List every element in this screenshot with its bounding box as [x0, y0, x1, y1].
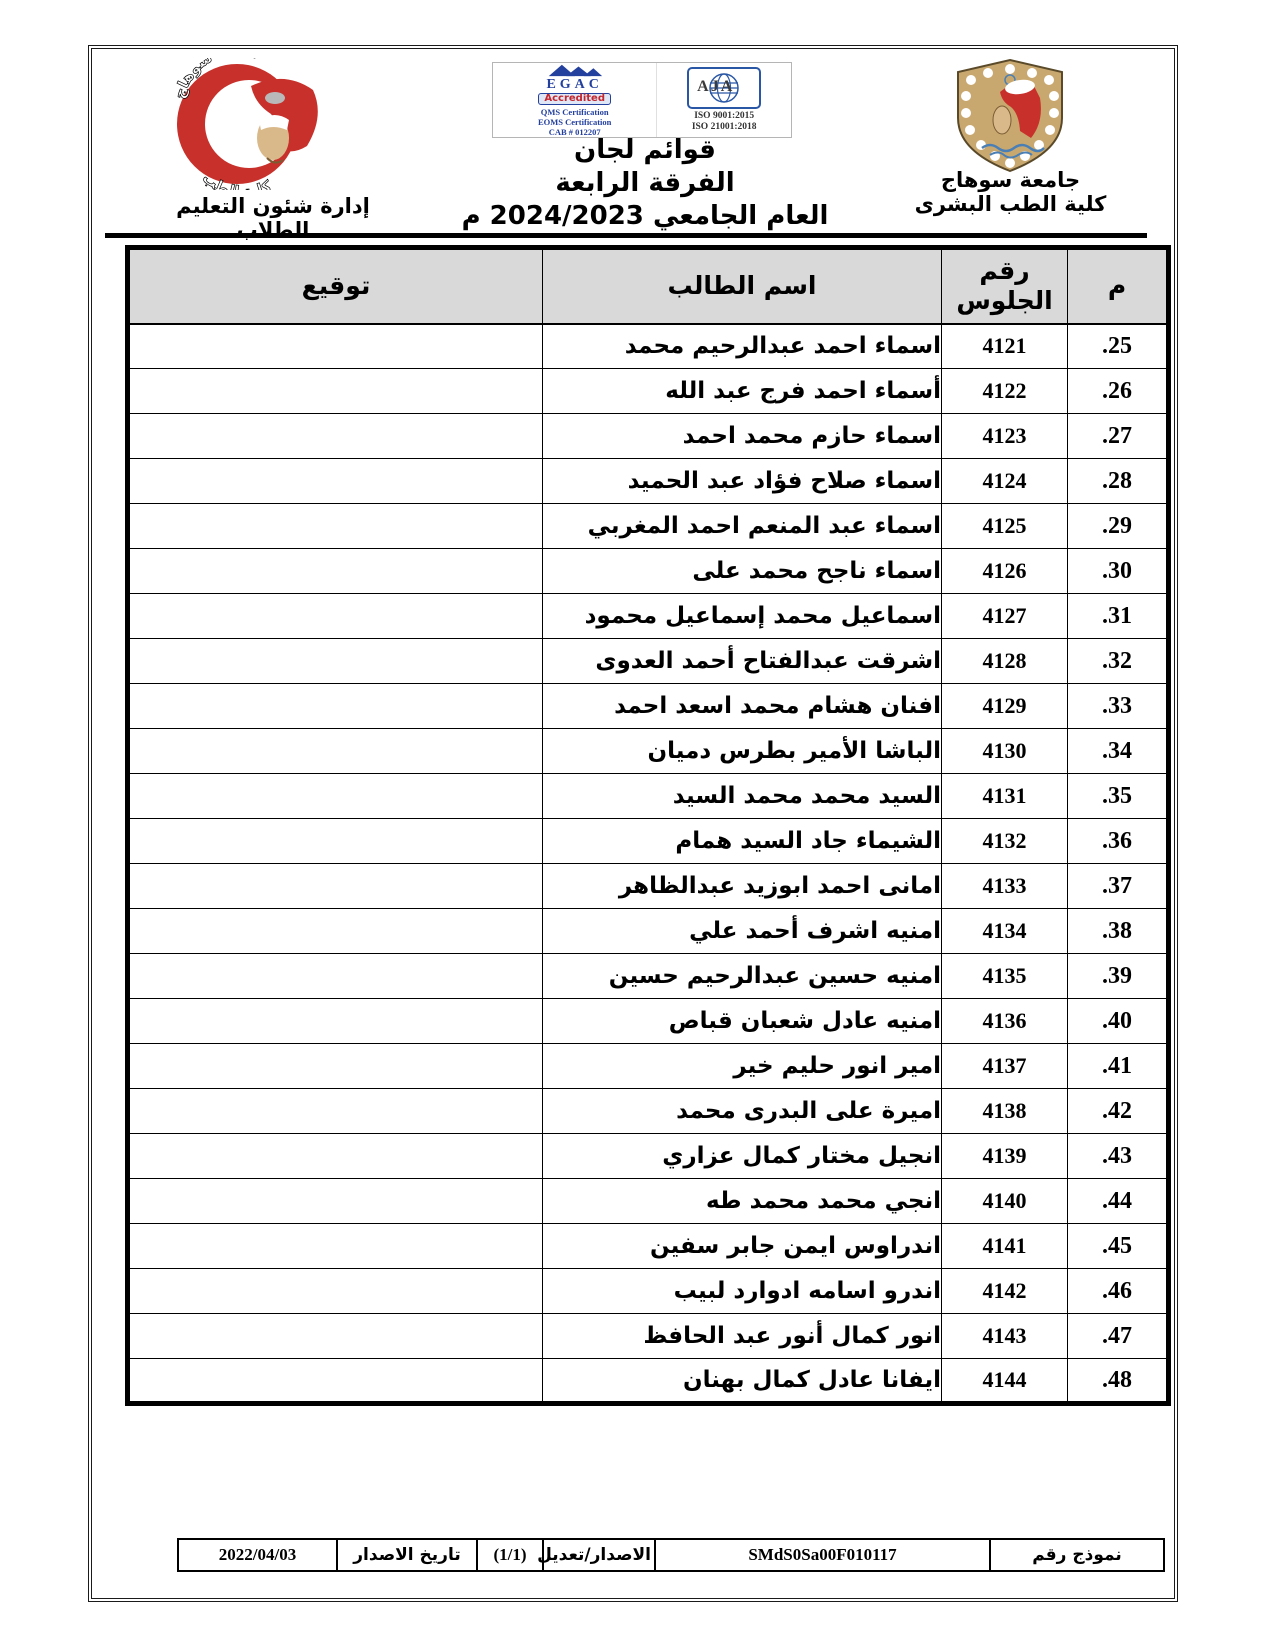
footer-form-table: نموذج رقم SMdS0Sa00F010117 الاصدار/تعديل…: [177, 1538, 1165, 1572]
signature-cell: [128, 774, 543, 819]
egac-accredited-label: Accredited: [538, 93, 611, 105]
row-index: 39.: [1068, 954, 1169, 999]
table-header-row: م رقم الجلوس اسم الطالب توقيع: [128, 248, 1169, 324]
issue-revision-value: (1/1): [477, 1539, 543, 1571]
student-name: اشرقت عبدالفتاح أحمد العدوى: [543, 639, 942, 684]
grade-title: الفرقة الرابعة: [455, 167, 835, 200]
signature-cell: [128, 1359, 543, 1404]
signature-cell: [128, 954, 543, 999]
signature-cell: [128, 549, 543, 594]
student-name: امير انور حليم خير: [543, 1044, 942, 1089]
table-row: 44. 4140 انجي محمد محمد طه: [128, 1179, 1169, 1224]
signature-cell: [128, 324, 543, 369]
seat-number: 4140: [942, 1179, 1068, 1224]
signature-cell: [128, 909, 543, 954]
issue-revision-label: الاصدار/تعديل: [543, 1539, 655, 1571]
row-index: 34.: [1068, 729, 1169, 774]
signature-cell: [128, 1224, 543, 1269]
seat-number: 4130: [942, 729, 1068, 774]
table-row: 37. 4133 امانى احمد ابوزيد عبدالظاهر: [128, 864, 1169, 909]
row-index: 41.: [1068, 1044, 1169, 1089]
signature-cell: [128, 639, 543, 684]
page-title: قوائم لجان: [455, 134, 835, 167]
seat-number: 4133: [942, 864, 1068, 909]
table-row: 26. 4122 أسماء احمد فرج عبد الله: [128, 369, 1169, 414]
row-index: 48.: [1068, 1359, 1169, 1404]
signature-cell: [128, 369, 543, 414]
seat-number: 4122: [942, 369, 1068, 414]
signature-cell: [128, 1044, 543, 1089]
signature-cell: [128, 1314, 543, 1359]
student-name: امانى احمد ابوزيد عبدالظاهر: [543, 864, 942, 909]
column-header-seat-number: رقم الجلوس: [942, 248, 1068, 324]
seat-number: 4129: [942, 684, 1068, 729]
signature-cell: [128, 414, 543, 459]
student-name: أسماء احمد فرج عبد الله: [543, 369, 942, 414]
row-index: 44.: [1068, 1179, 1169, 1224]
table-row: 33. 4129 افنان هشام محمد اسعد احمد: [128, 684, 1169, 729]
table-row: 46. 4142 اندرو اسامه ادوارد لبيب: [128, 1269, 1169, 1314]
seat-number: 4137: [942, 1044, 1068, 1089]
signature-cell: [128, 1089, 543, 1134]
row-index: 40.: [1068, 999, 1169, 1044]
table-row: 45. 4141 اندراوس ايمن جابر سفين: [128, 1224, 1169, 1269]
aja-logo: AJA ISO 9001:2015 ISO 21001:2018: [656, 63, 791, 137]
student-name: افنان هشام محمد اسعد احمد: [543, 684, 942, 729]
seat-number: 4138: [942, 1089, 1068, 1134]
row-index: 38.: [1068, 909, 1169, 954]
seat-number: 4123: [942, 414, 1068, 459]
row-index: 47.: [1068, 1314, 1169, 1359]
egac-name: EGAC: [546, 78, 602, 92]
header-divider-rule: [105, 233, 1147, 238]
row-index: 37.: [1068, 864, 1169, 909]
signature-cell: [128, 1134, 543, 1179]
student-name: اسماء ناجح محمد على: [543, 549, 942, 594]
column-header-student-name: اسم الطالب: [543, 248, 942, 324]
row-index: 30.: [1068, 549, 1169, 594]
table-row: 25. 4121 اسماء احمد عبدالرحيم محمد: [128, 324, 1169, 369]
students-table: م رقم الجلوس اسم الطالب توقيع 25. 4121 ا…: [125, 245, 1171, 1406]
aja-iso-line1: ISO 9001:2015: [694, 111, 754, 122]
student-name: امنيه عادل شعبان قباص: [543, 999, 942, 1044]
table-row: 48. 4144 ايفانا عادل كمال بهنان: [128, 1359, 1169, 1404]
document-title-block: قوائم لجان الفرقة الرابعة العام الجامعي …: [455, 134, 835, 233]
student-name: اسماء حازم محمد احمد: [543, 414, 942, 459]
student-name: الباشا الأمير بطرس دميان: [543, 729, 942, 774]
signature-cell: [128, 1179, 543, 1224]
form-number-code: SMdS0Sa00F010117: [655, 1539, 990, 1571]
footer-row: نموذج رقم SMdS0Sa00F010117 الاصدار/تعديل…: [178, 1539, 1164, 1571]
signature-cell: [128, 729, 543, 774]
row-index: 25.: [1068, 324, 1169, 369]
signature-cell: [128, 504, 543, 549]
student-name: اندرو اسامه ادوارد لبيب: [543, 1269, 942, 1314]
row-index: 33.: [1068, 684, 1169, 729]
table-row: 38. 4134 امنيه اشرف أحمد علي: [128, 909, 1169, 954]
university-emblem-icon: [938, 56, 1082, 176]
university-name: جامعة سوهاج: [898, 168, 1123, 192]
table-row: 28. 4124 اسماء صلاح فؤاد عبد الحميد: [128, 459, 1169, 504]
table-row: 39. 4135 امنيه حسين عبدالرحيم حسين: [128, 954, 1169, 999]
student-name: اندراوس ايمن جابر سفين: [543, 1224, 942, 1269]
student-name: الشيماء جاد السيد همام: [543, 819, 942, 864]
egac-mountains-icon: [543, 63, 607, 77]
row-index: 27.: [1068, 414, 1169, 459]
table-row: 35. 4131 السيد محمد محمد السيد: [128, 774, 1169, 819]
student-name: اسماء احمد عبدالرحيم محمد: [543, 324, 942, 369]
seat-number: 4136: [942, 999, 1068, 1044]
seat-number: 4142: [942, 1269, 1068, 1314]
student-name: اسماء صلاح فؤاد عبد الحميد: [543, 459, 942, 504]
row-index: 43.: [1068, 1134, 1169, 1179]
table-row: 41. 4137 امير انور حليم خير: [128, 1044, 1169, 1089]
seat-number: 4131: [942, 774, 1068, 819]
signature-cell: [128, 459, 543, 504]
seat-number: 4144: [942, 1359, 1068, 1404]
university-org-block: جامعة سوهاج كلية الطب البشرى: [898, 168, 1123, 216]
accreditation-box: EGAC Accredited QMS Certification EOMS C…: [492, 62, 792, 138]
student-name: انجي محمد محمد طه: [543, 1179, 942, 1224]
row-index: 31.: [1068, 594, 1169, 639]
row-index: 28.: [1068, 459, 1169, 504]
row-index: 42.: [1068, 1089, 1169, 1134]
row-index: 46.: [1068, 1269, 1169, 1314]
student-name: اسماعيل محمد إسماعيل محمود: [543, 594, 942, 639]
seat-number: 4124: [942, 459, 1068, 504]
aja-iso-line2: ISO 21001:2018: [692, 122, 757, 133]
egac-cert-line2: EOMS Certification: [538, 117, 611, 127]
row-index: 35.: [1068, 774, 1169, 819]
seat-number: 4121: [942, 324, 1068, 369]
seat-number: 4135: [942, 954, 1068, 999]
row-index: 32.: [1068, 639, 1169, 684]
seat-number: 4132: [942, 819, 1068, 864]
column-header-signature: توقيع: [128, 248, 543, 324]
seat-number: 4126: [942, 549, 1068, 594]
aja-name: AJA: [697, 79, 734, 95]
table-row: 29. 4125 اسماء عبد المنعم احمد المغربي: [128, 504, 1169, 549]
table-row: 43. 4139 انجيل مختار كمال عزاري: [128, 1134, 1169, 1179]
student-name: انور كمال أنور عبد الحافظ: [543, 1314, 942, 1359]
student-name: اميرة على البدرى محمد: [543, 1089, 942, 1134]
signature-cell: [128, 594, 543, 639]
student-name: ايفانا عادل كمال بهنان: [543, 1359, 942, 1404]
egac-cert-line1: QMS Certification: [541, 107, 609, 117]
student-name: السيد محمد محمد السيد: [543, 774, 942, 819]
signature-cell: [128, 819, 543, 864]
table-row: 47. 4143 انور كمال أنور عبد الحافظ: [128, 1314, 1169, 1359]
student-name: امنيه اشرف أحمد علي: [543, 909, 942, 954]
table-row: 40. 4136 امنيه عادل شعبان قباص: [128, 999, 1169, 1044]
seat-number: 4139: [942, 1134, 1068, 1179]
signature-cell: [128, 1269, 543, 1314]
seat-number: 4127: [942, 594, 1068, 639]
row-index: 29.: [1068, 504, 1169, 549]
student-name: اسماء عبد المنعم احمد المغربي: [543, 504, 942, 549]
signature-cell: [128, 684, 543, 729]
faculty-name: كلية الطب البشرى: [898, 192, 1123, 216]
student-name: انجيل مختار كمال عزاري: [543, 1134, 942, 1179]
academic-year-title: العام الجامعي 2024/2023 م: [455, 200, 835, 233]
table-row: 31. 4127 اسماعيل محمد إسماعيل محمود: [128, 594, 1169, 639]
table-row: 34. 4130 الباشا الأمير بطرس دميان: [128, 729, 1169, 774]
seat-number: 4141: [942, 1224, 1068, 1269]
egac-logo: EGAC Accredited QMS Certification EOMS C…: [493, 63, 656, 137]
row-index: 36.: [1068, 819, 1169, 864]
row-index: 26.: [1068, 369, 1169, 414]
row-index: 45.: [1068, 1224, 1169, 1269]
seat-number: 4128: [942, 639, 1068, 684]
issue-date-label: تاريخ الاصدار: [337, 1539, 477, 1571]
signature-cell: [128, 864, 543, 909]
table-row: 42. 4138 اميرة على البدرى محمد: [128, 1089, 1169, 1134]
table-row: 30. 4126 اسماء ناجح محمد على: [128, 549, 1169, 594]
form-number-label: نموذج رقم: [990, 1539, 1164, 1571]
table-row: 32. 4128 اشرقت عبدالفتاح أحمد العدوى: [128, 639, 1169, 684]
seat-number: 4134: [942, 909, 1068, 954]
table-row: 27. 4123 اسماء حازم محمد احمد: [128, 414, 1169, 459]
scanned-roster-page: { "header": { "left": { "department": "إ…: [0, 0, 1275, 1650]
issue-date-value: 2022/04/03: [178, 1539, 337, 1571]
signature-cell: [128, 999, 543, 1044]
seat-number: 4143: [942, 1314, 1068, 1359]
column-header-index: م: [1068, 248, 1169, 324]
table-row: 36. 4132 الشيماء جاد السيد همام: [128, 819, 1169, 864]
student-name: امنيه حسين عبدالرحيم حسين: [543, 954, 942, 999]
seat-number: 4125: [942, 504, 1068, 549]
faculty-crescent-logo-icon: جامعة سوهاج كلية الطب: [155, 58, 355, 190]
